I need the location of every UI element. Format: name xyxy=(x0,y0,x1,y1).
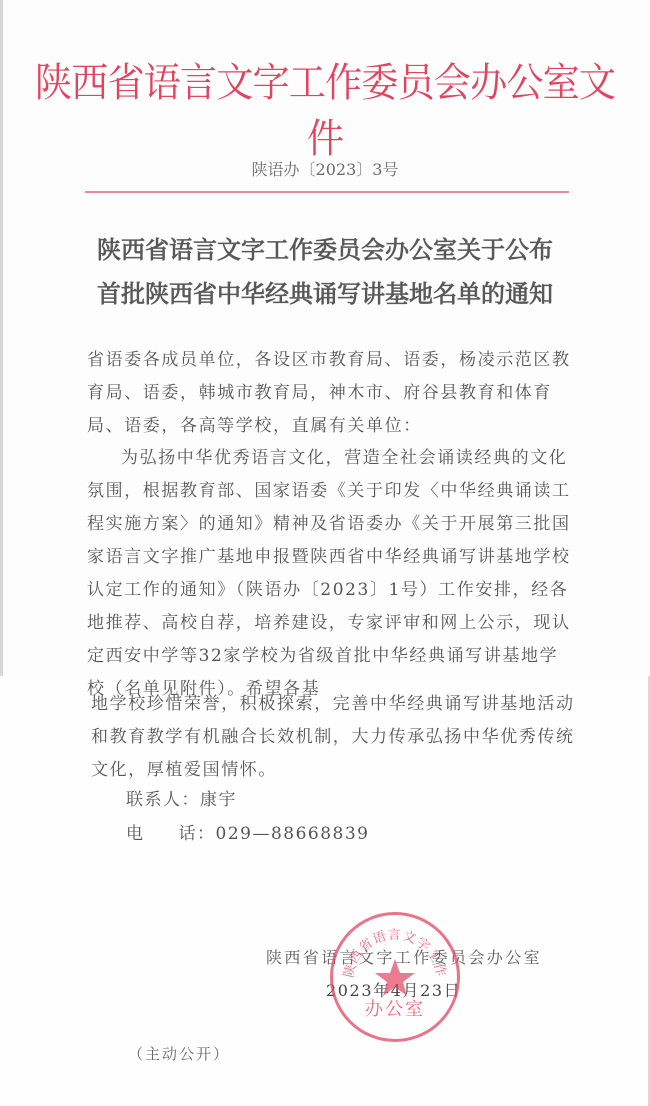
contact-person-label: 联系人： xyxy=(126,790,200,810)
addressee-text: 省语委各成员单位，各设区市教育局、语委，杨凌示范区教育局、语委，韩城市教育局，神… xyxy=(87,344,573,443)
body-paragraph-1: 为弘扬中华优秀语言文化，营造全社会诵读经典的文化氛围，根据教育部、国家语委《关于… xyxy=(87,442,573,706)
contact-phone-label-2: 话： xyxy=(179,824,216,844)
signing-date: 2023年4月23日 xyxy=(326,979,461,1003)
signing-organization: 陕西省语言文字工作委员会办公室 xyxy=(266,946,542,970)
contact-person-value: 康宇 xyxy=(200,790,237,810)
body-paragraph-2-text: 地学校珍惜荣誉，积极探索，完善中华经典诵写讲基地活动和教育教学有机融合长效机制，… xyxy=(91,688,577,787)
contact-phone: 电话：029—88668839 xyxy=(126,818,369,851)
notice-title-line-1: 陕西省语言文字工作委员会办公室关于公布 xyxy=(0,228,650,272)
disclosure-status: （主动公开） xyxy=(128,1043,230,1065)
body-paragraph-1-text: 为弘扬中华优秀语言文化，营造全社会诵读经典的文化氛围，根据教育部、国家语委《关于… xyxy=(87,442,573,706)
red-divider-line xyxy=(85,191,569,193)
contact-person: 联系人：康宇 xyxy=(126,784,237,817)
contact-phone-label-1: 电 xyxy=(126,824,145,844)
addressee-paragraph: 省语委各成员单位，各设区市教育局、语委，杨凌示范区教育局、语委，韩城市教育局，神… xyxy=(87,344,573,443)
contact-phone-value: 029—88668839 xyxy=(216,824,370,844)
notice-title: 陕西省语言文字工作委员会办公室关于公布 首批陕西省中华经典诵写讲基地名单的通知 xyxy=(0,228,650,316)
notice-title-line-2: 首批陕西省中华经典诵写讲基地名单的通知 xyxy=(0,272,650,316)
document-number: 陕语办〔2023〕3号 xyxy=(0,158,650,182)
document-masthead: 陕西省语言文字工作委员会办公室文件 xyxy=(23,55,628,167)
body-paragraph-2: 地学校珍惜荣誉，积极探索，完善中华经典诵写讲基地活动和教育教学有机融合长效机制，… xyxy=(91,688,577,787)
